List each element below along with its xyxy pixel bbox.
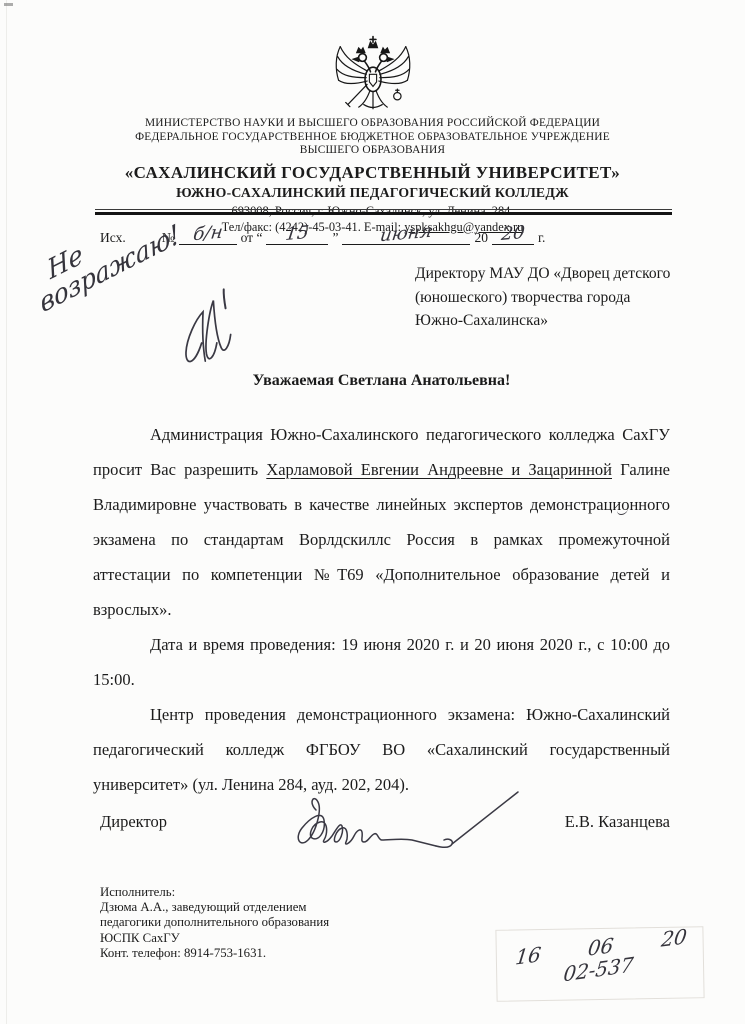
handwritten-year: 20 bbox=[500, 222, 526, 245]
year-prefix: 20 bbox=[474, 230, 488, 245]
letter-body: Администрация Южно-Сахалинского педагоги… bbox=[93, 417, 670, 802]
university-name: «САХАЛИНСКИЙ ГОСУДАРСТВЕННЫЙ УНИВЕРСИТЕТ… bbox=[0, 163, 745, 183]
executor-org-line: ЮСПК СахГУ bbox=[100, 931, 329, 946]
signer-name: Е.В. Казанцева bbox=[565, 812, 670, 832]
from-label: от “ bbox=[241, 230, 263, 245]
handwritten-day: 15 bbox=[285, 222, 311, 245]
college-name: ЮЖНО-САХАЛИНСКИЙ ПЕДАГОГИЧЕСКИЙ КОЛЛЕДЖ bbox=[0, 185, 745, 201]
day-blank: 15 bbox=[266, 227, 328, 245]
executor-phone-line: Конт. телефон: 8914-753-1631. bbox=[100, 946, 329, 961]
year-suffix: г. bbox=[538, 230, 545, 245]
month-blank: июня bbox=[342, 227, 470, 245]
quote-close: ” bbox=[332, 230, 338, 245]
ministry-line-3: ВЫСШЕГО ОБРАЗОВАНИЯ bbox=[0, 144, 745, 158]
russia-double-headed-eagle-emblem bbox=[331, 34, 415, 118]
resolution-initials-flourish bbox=[156, 283, 257, 382]
executor-block: Исполнитель: Дзюма А.А., заведующий отде… bbox=[100, 885, 329, 961]
handwritten-month: июня bbox=[379, 221, 434, 246]
scan-corner-speck bbox=[4, 3, 13, 6]
letterhead-divider-thin bbox=[95, 209, 672, 210]
executor-name-line: Дзюма А.А., заведующий отделением bbox=[100, 900, 329, 915]
number-blank: б/н bbox=[179, 227, 237, 245]
executor-dept-line: педагогики дополнительного образования bbox=[100, 915, 329, 930]
salutation: Уважаемая Светлана Анатольевна! bbox=[93, 372, 670, 390]
signer-position: Директор bbox=[100, 812, 167, 832]
letterhead: МИНИСТЕРСТВО НАУКИ И ВЫСШЕГО ОБРАЗОВАНИЯ… bbox=[0, 117, 745, 235]
body-paragraph-1: Администрация Южно-Сахалинского педагоги… bbox=[93, 417, 670, 627]
scanned-letter-page: МИНИСТЕРСТВО НАУКИ И ВЫСШЕГО ОБРАЗОВАНИЯ… bbox=[0, 0, 745, 1024]
registration-stamp-box: 16 06 20 02-537 bbox=[495, 926, 704, 1002]
handwritten-number: б/н bbox=[192, 222, 224, 245]
letterhead-divider-thick bbox=[95, 212, 672, 215]
stamp-day: 16 bbox=[514, 942, 542, 970]
ministry-line-2: ФЕДЕРАЛЬНОЕ ГОСУДАРСТВЕННОЕ БЮДЖЕТНОЕ ОБ… bbox=[0, 131, 745, 145]
director-handwritten-signature bbox=[278, 780, 528, 866]
recipient-address-block: Директору МАУ ДО «Дворец детского (юноше… bbox=[415, 262, 673, 333]
executor-label: Исполнитель: bbox=[100, 885, 329, 900]
year-blank: 20 bbox=[492, 227, 534, 245]
body-paragraph-2: Дата и время проведения: 19 июня 2020 г.… bbox=[93, 627, 670, 697]
ministry-line-1: МИНИСТЕРСТВО НАУКИ И ВЫСШЕГО ОБРАЗОВАНИЯ… bbox=[0, 117, 745, 131]
